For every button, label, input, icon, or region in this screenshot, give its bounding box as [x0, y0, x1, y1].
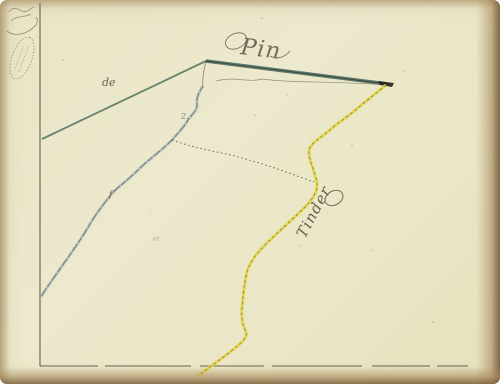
dotted-path-line	[172, 140, 317, 183]
cadastral-map: Pin Tinder de 2. f ei	[0, 0, 500, 384]
label-figure: 2.	[180, 112, 189, 121]
top-boundary-green-core	[206, 61, 387, 84]
title-text: Pin	[238, 34, 283, 65]
corner-oval-stamp	[5, 34, 39, 82]
label-de: de	[102, 76, 116, 89]
stream-line	[41, 86, 203, 297]
apex-connector-line	[203, 61, 206, 86]
map-sheet: Pin Tinder de 2. f ei	[0, 0, 500, 384]
road-dashed-edge	[198, 85, 386, 376]
road-yellow	[198, 85, 386, 376]
title-calligraphy: Pin	[223, 30, 290, 65]
corner-handwriting-scribble	[7, 7, 37, 34]
stream-halo	[41, 86, 203, 297]
faint-mark: ei	[153, 235, 159, 243]
